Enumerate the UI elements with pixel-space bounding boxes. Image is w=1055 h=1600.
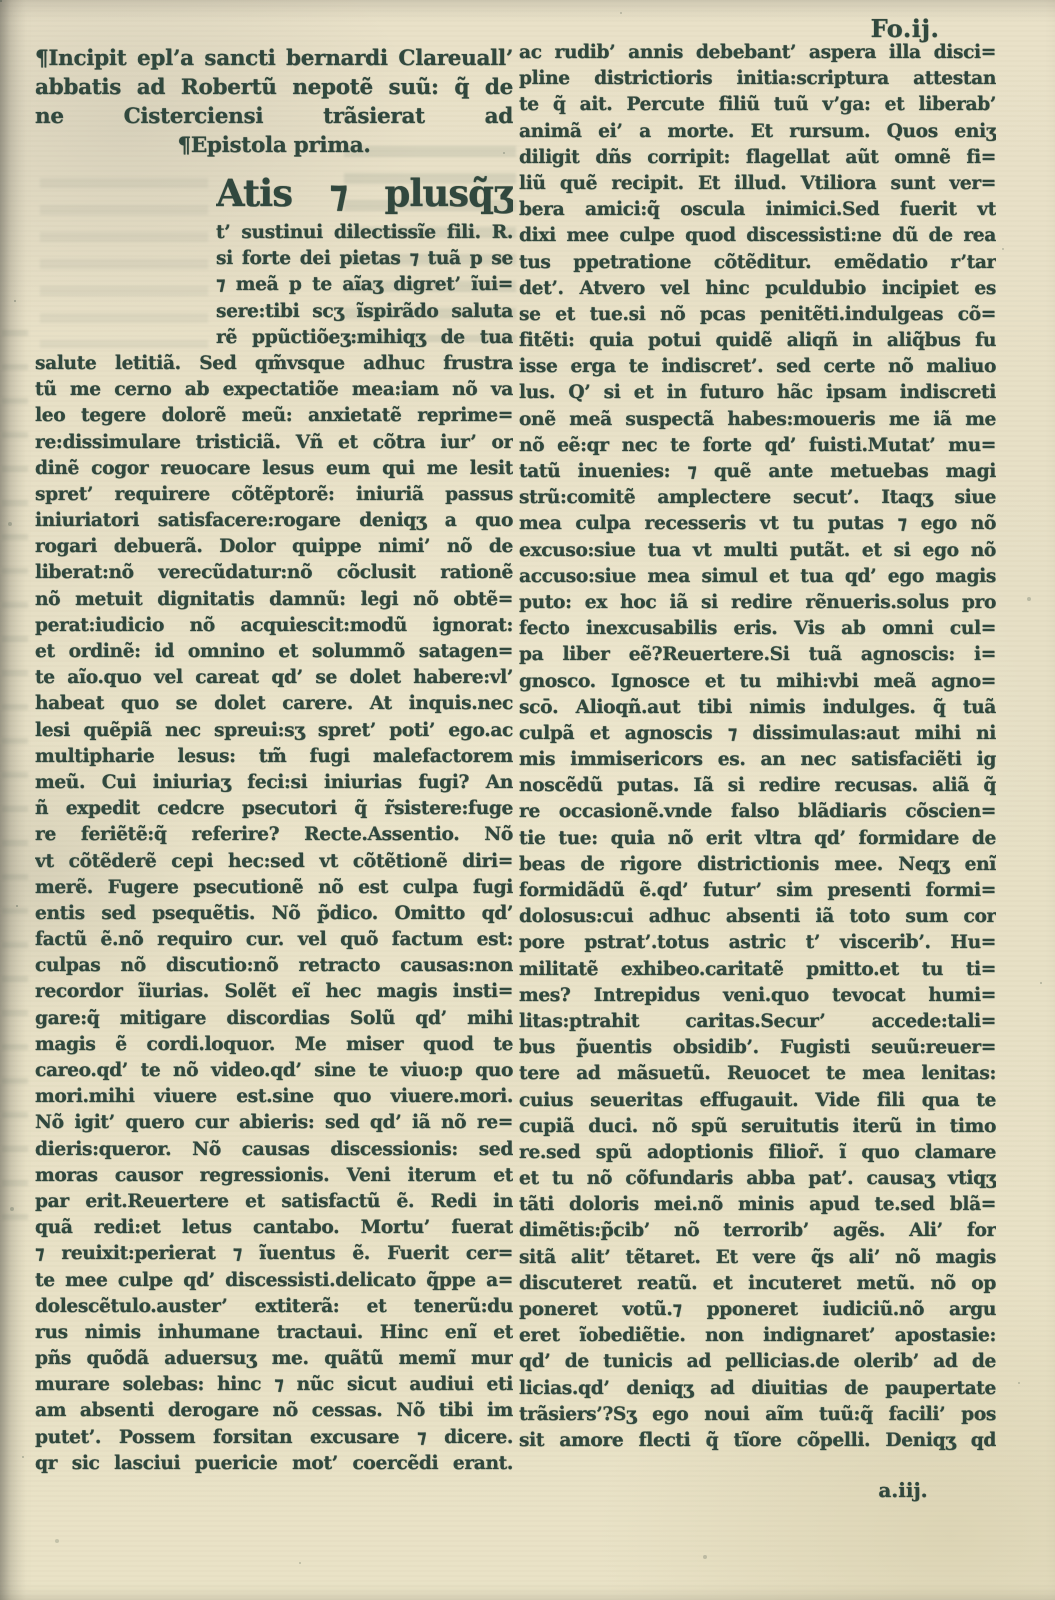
text-line: se et tue.si nõ pcas penitẽti.indulgeas … — [519, 302, 996, 328]
text-line: culpã et agnoscis ⁊ dissimulas:aut mihi … — [519, 721, 996, 747]
text-line: bus p̃uentis obsidib’. Fugisti seuũ:reue… — [519, 1035, 996, 1061]
text-line: isse erga te indiscret’. sed certe nõ ma… — [519, 354, 996, 380]
text-line: excuso:siue tua vt multi putãt. et si eg… — [519, 538, 996, 564]
text-line: re occasionẽ.vnde falso blãdiaris cõscie… — [519, 799, 996, 825]
text-line: meũ. Cui iniuriaʒ feci:si iniurias fugi?… — [35, 770, 513, 796]
text-line: par erit.Reuertere et satisfactũ ẽ. Redi… — [35, 1189, 513, 1215]
text-line: animã ei’ a morte. Et rursum. Quos eniʒ — [519, 119, 996, 145]
bleed-through-text — [2, 330, 28, 1230]
text-line: Nõ igit’ quero cur abieris: sed qd’ iã n… — [35, 1110, 513, 1136]
text-line: pline districtioris initia:scriptura att… — [519, 66, 996, 92]
right-column-text: ac rudib’ annis debebant’ aspera illa di… — [519, 40, 996, 1454]
text-line: licias.qd’ deniqʒ ad diuitias de paupert… — [519, 1376, 996, 1402]
text-line: tũ me cerno ab expectatiõe mea:iam nõ va — [35, 377, 513, 403]
text-line: careo.qd’ te nõ video.qd’ sine te viuo:p… — [35, 1058, 513, 1084]
text-line: litas:ptrahit caritas.Secur’ accede:tali… — [519, 1009, 996, 1035]
heading-line: ne Cisterciensi trãsierat ad Cluniacẽsem… — [35, 102, 513, 131]
text-line: te q̃ ait. Percute filiũ tuũ v’ga: et li… — [519, 92, 996, 118]
text-line: sit amore flecti q̃ tĩore cõpelli. Deniq… — [519, 1428, 996, 1454]
text-line: leo tegere dolorẽ meũ: anxietatẽ reprime… — [35, 403, 513, 429]
chapter-heading: ¶Incipit epl’a sancti bernardi Clareuall… — [35, 44, 513, 160]
text-line: ac rudib’ annis debebant’ aspera illa di… — [519, 40, 996, 66]
text-line: te aĩo.quo vel careat qd’ se dolet haber… — [35, 665, 513, 691]
text-line: lus. Q’ si et in futuro hãc ipsam indisc… — [519, 380, 996, 406]
text-line: tie tue: quia nõ erit vltra qd’ formidar… — [519, 826, 996, 852]
text-line: beas de rigore districtionis mee. Neqʒ e… — [519, 852, 996, 878]
text-line: accuso:siue mea simul et tua qd’ ego mag… — [519, 564, 996, 590]
text-line: militatẽ exhibeo.caritatẽ pmitto.et tu t… — [519, 957, 996, 983]
text-line: formidãdũ ẽ.qd’ futur’ sim presenti form… — [519, 878, 996, 904]
text-line: et ordinẽ: id omnino et solummõ satagen= — [35, 639, 513, 665]
text-line: salute letitiã. Sed qm̃vsque adhuc frust… — [35, 351, 513, 377]
text-line: te mee culpe qd’ discessisti.delicato q̃… — [35, 1268, 513, 1294]
text-line: eret ĩobediẽtie. non indignaret’ apostas… — [519, 1323, 996, 1349]
text-line: t’ sustinui dilectissĩe fili. R. — [216, 220, 513, 246]
text-line: gnosco. Ignosce et tu mihi:vbi meã agno= — [519, 669, 996, 695]
text-line: mori.mihi viuere est.sine quo viuere.mor… — [35, 1084, 513, 1110]
text-line: putet’. Possem forsitan excusare ⁊ dicer… — [35, 1425, 513, 1451]
opening-large-line: Atis ⁊ plusq̃ʒ sa= — [216, 168, 513, 220]
text-line: magis ẽ cordi.loquor. Me miser quod te — [35, 1032, 513, 1058]
text-line: qd’ de tunicis ad pellicias.de olerib’ a… — [519, 1349, 996, 1375]
left-column: ¶Incipit epl’a sancti bernardi Clareuall… — [35, 44, 513, 1477]
text-line: puto: ex hoc iã si redire rẽnueris.solus… — [519, 590, 996, 616]
ink-specks — [0, 0, 2, 2]
text-line: dolosus:cui adhuc absenti iã toto sum co… — [519, 904, 996, 930]
text-line: cuius seueritas effugauit. Vide fili qua… — [519, 1088, 996, 1114]
text-line: recordor ĩiurias. Solẽt eĩ hec magis ins… — [35, 979, 513, 1005]
text-line: rus nimis inhumane tractaui. Hinc enĩ et — [35, 1320, 513, 1346]
text-line: ñ expedit cedcre psecutori q̃ r̃sistere:… — [35, 796, 513, 822]
text-line: dolescẽtulo.auster’ extiterã: et tenerũ:… — [35, 1294, 513, 1320]
text-line: dinẽ cogor reuocare lesus eum qui me les… — [35, 456, 513, 482]
heading-line: ¶Epistola prima. — [35, 131, 513, 160]
text-line: tus ppetratione cõtẽditur. emẽdatio r’ta… — [519, 250, 996, 276]
text-line: poneret votũ.⁊ pponeret iudiciũ.nõ argu — [519, 1297, 996, 1323]
text-line: sitã alit’ tẽtaret. Et vere q̃s ali’ nõ … — [519, 1245, 996, 1271]
text-line: habeat quo se dolet carere. At inquis.ne… — [35, 691, 513, 717]
opening-paragraph: Atis ⁊ plusq̃ʒ sa= t’ sustinui dilectiss… — [216, 168, 513, 351]
text-line: ⁊ meã p te aĩaʒ digret’ ĩui= — [216, 272, 513, 298]
text-line: onẽ meã suspectã habes:moueris me iã me — [519, 407, 996, 433]
text-line: si forte dei pietas ⁊ tuã p se — [216, 246, 513, 272]
text-line: re feriẽtẽ:q̃ referire? Recte.Assentio. … — [35, 822, 513, 848]
text-line: mea culpa recesseris vt tu putas ⁊ ego n… — [519, 511, 996, 537]
text-line: tãti doloris mei.nõ minis apud te.sed bl… — [519, 1192, 996, 1218]
text-line: rogari debuerã. Dolor quippe nimi’ nõ de — [35, 534, 513, 560]
text-line: bera amici:q̃ oscula inimici.Sed fuerit … — [519, 197, 996, 223]
text-line: mes? Intrepidus veni.quo tevocat humi= — [519, 983, 996, 1009]
text-line: discuteret reatũ. et incuteret metũ. nõ … — [519, 1271, 996, 1297]
opening-indented-lines: t’ sustinui dilectissĩe fili. R.si forte… — [216, 220, 513, 351]
text-line: re.sed spũ adoptionis filior̃. ĩ quo cla… — [519, 1140, 996, 1166]
text-line: pa liber eẽ?Reuertere.Si tuã agnoscis: i… — [519, 642, 996, 668]
text-line: gare:q̃ mitigare discordias Solũ qd’ mih… — [35, 1006, 513, 1032]
text-line: diligit dñs corripit: flagellat aũt omnẽ… — [519, 145, 996, 171]
text-line: fecto inexcusabilis eris. Vis ab omni cu… — [519, 616, 996, 642]
text-line: cupiã duci. nõ spũ seruitutis iterũ in t… — [519, 1114, 996, 1140]
left-column-text: salute letitiã. Sed qm̃vsque adhuc frust… — [35, 351, 513, 1477]
text-line: mis immisericors es. an nec satisfaciẽti… — [519, 747, 996, 773]
heading-line: ¶Incipit epl’a sancti bernardi Clareuall… — [35, 44, 513, 73]
text-line: noscẽdũ putas. Iã si redire recusas. ali… — [519, 773, 996, 799]
text-line: moras causor regressionis. Veni iterum e… — [35, 1163, 513, 1189]
text-line: spret’ requirere cõtẽptorẽ: iniuriã pass… — [35, 482, 513, 508]
text-line: trãsiers’?Sʒ ego noui aĩm tuũ:q̃ facili’… — [519, 1402, 996, 1428]
text-line: tere ad mãsuetũ. Reuocet te mea lenitas: — [519, 1061, 996, 1087]
text-line: murare solebas: hinc ⁊ nũc sicut audiui … — [35, 1372, 513, 1398]
heading-line: abbatis ad Robertũ nepotẽ suũ: q̃ de ord… — [35, 73, 513, 102]
text-line: lesi quẽpiã nec spreui:sʒ spret’ poti’ e… — [35, 718, 513, 744]
right-column: ac rudib’ annis debebant’ aspera illa di… — [519, 40, 996, 1454]
text-line: liũ quẽ recipit. Et illud. Vtiliora sunt… — [519, 171, 996, 197]
text-line: pore pstrat’.totus astric t’ viscerib’. … — [519, 930, 996, 956]
text-line: nõ eẽ:qr nec te forte qd’ fuisti.Mutat’ … — [519, 433, 996, 459]
text-line: ⁊ reuixit:perierat ⁊ ĩuentus ẽ. Fuerit c… — [35, 1241, 513, 1267]
text-line: qr sic lasciui puericie mot’ coercẽdi er… — [35, 1451, 513, 1477]
text-line: nõ metuit dignitatis damnũ: legi nõ obtẽ… — [35, 587, 513, 613]
text-line: multipharie lesus: tm̃ fugi malefactorem — [35, 744, 513, 770]
text-line: perat:iudicio nõ acquiescit:modũ ignorat… — [35, 613, 513, 639]
text-line: re:dissimulare tristiciã. Vñ et cõtra iu… — [35, 430, 513, 456]
text-line: scō. Alioqñ.aut tibi nimis indulges. q̃ … — [519, 695, 996, 721]
text-line: sere:tibi scʒ ĩspirãdo saluta — [216, 299, 513, 325]
text-line: factũ ẽ.nõ requiro cur. vel quõ factum e… — [35, 927, 513, 953]
text-line: det’. Atvero vel hinc pculdubio incipiet… — [519, 276, 996, 302]
text-line: iniuriatori satisfacere:rogare deniqʒ a … — [35, 508, 513, 534]
scanned-page: Fo.ij. ¶Incipit epl’a sancti bernardi Cl… — [0, 0, 1055, 1600]
text-line: et tu nõ cõfundaris abba pat’. causaʒ vt… — [519, 1166, 996, 1192]
text-line: culpas nõ discutio:nõ retracto causas:no… — [35, 953, 513, 979]
text-line: dieris:queror. Nõ causas discessionis: s… — [35, 1137, 513, 1163]
text-line: rẽ ppũctiõeʒ:mihiqʒ de tua — [216, 325, 513, 351]
text-line: tatũ inuenies: ⁊ quẽ ante metuebas magi — [519, 459, 996, 485]
text-line: am absenti derogare nõ cessas. Nõ tibi i… — [35, 1398, 513, 1424]
text-line: fitẽti: quia potui quidẽ aliqñ in aliq̃b… — [519, 328, 996, 354]
text-line: liberat:nõ verecũdatur:nõ cõclusit ratio… — [35, 560, 513, 586]
text-line: merẽ. Fugere psecutionẽ nõ est culpa fug… — [35, 875, 513, 901]
text-line: quã redi:et letus cantabo. Mortu’ fuerat — [35, 1215, 513, 1241]
text-line: dimẽtis:p̃cib’ nõ terrorib’ agẽs. Ali’ f… — [519, 1218, 996, 1244]
text-line: vt cõtẽderẽ cepi hec:sed vt cõtẽtionẽ di… — [35, 849, 513, 875]
text-line: pñs quõdã aduersuʒ me. quãtũ memĩ mur — [35, 1346, 513, 1372]
signature-mark: a.iij. — [858, 1476, 948, 1504]
text-line: dixi mee culpe quod discessisti:ne dũ de… — [519, 223, 996, 249]
text-line: entis sed psequẽtis. Nõ p̃dico. Omitto q… — [35, 901, 513, 927]
text-line: strũ:comitẽ amplectere secut’. Itaqʒ siu… — [519, 485, 996, 511]
